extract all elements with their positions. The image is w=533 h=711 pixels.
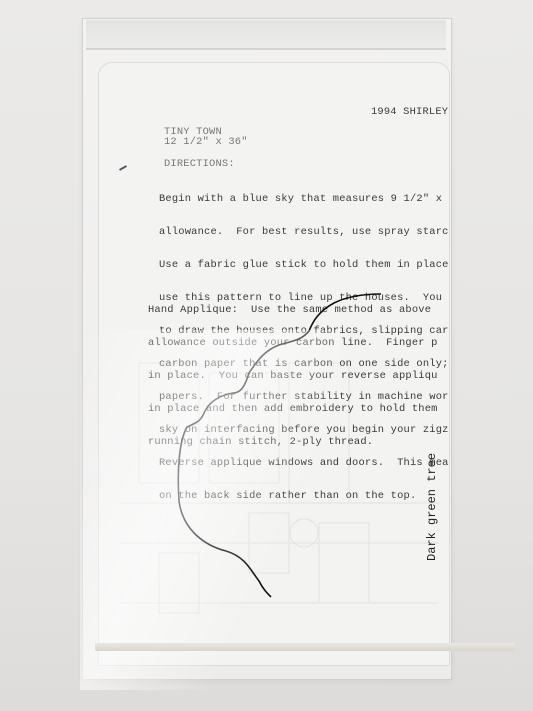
sleeve-bottom-seal xyxy=(95,643,515,651)
tree-outline xyxy=(99,63,449,665)
tree-color-label: Dark green tree xyxy=(425,453,439,561)
sleeve-flap xyxy=(86,20,446,50)
pattern-sheet: 1994 SHIRLEY TINY TOWN 12 1/2" x 36" DIR… xyxy=(98,62,450,666)
